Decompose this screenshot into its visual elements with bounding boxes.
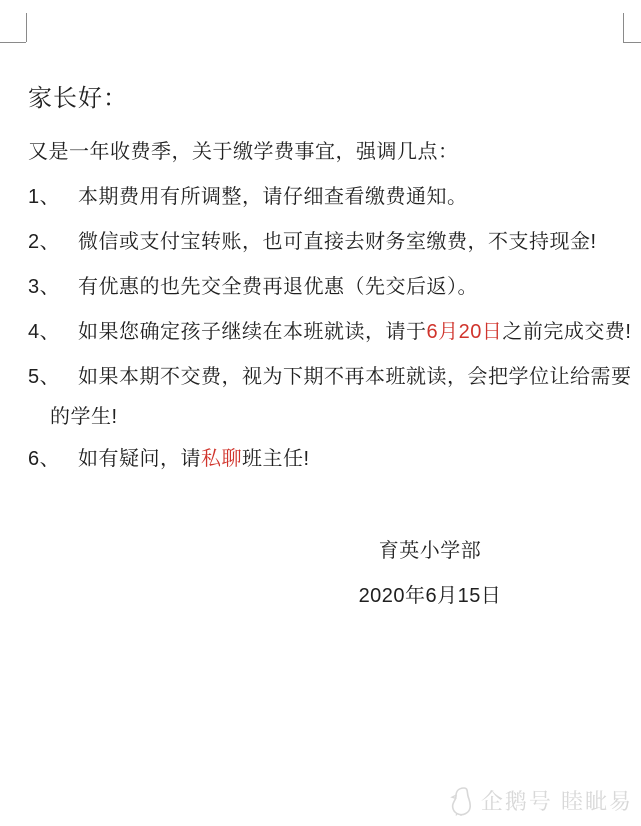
item-number: 2、 <box>28 231 78 253</box>
greeting: 家长好： <box>28 86 618 112</box>
highlight-deadline-date: 6月20日 <box>427 321 503 343</box>
signature-block: 育英小学部 2020年6月15日 <box>330 540 530 607</box>
item-text: 如有疑问，请私聊班主任! <box>78 448 310 470</box>
list-item-5-continuation: 的学生! <box>28 406 618 428</box>
crop-mark-top-right-horizontal <box>623 42 641 43</box>
item-text-prefix: 如果您确定孩子继续在本班就读，请于 <box>78 321 427 343</box>
list-item-1: 1、 本期费用有所调整，请仔细查看缴费通知。 <box>28 186 618 208</box>
crop-mark-top-right-vertical <box>623 13 624 42</box>
list-item-3: 3、 有优惠的也先交全费再退优惠（先交后返）。 <box>28 276 618 298</box>
item-number: 4、 <box>28 321 78 343</box>
list-item-5: 5、 如果本期不交费，视为下期不再本班就读，会把学位让给需要 <box>28 366 618 388</box>
item-text: 本期费用有所调整，请仔细查看缴费通知。 <box>78 186 468 208</box>
item-text-prefix: 如有疑问，请 <box>78 448 201 470</box>
document-page: 家长好： 又是一年收费季，关于缴学费事宜，强调几点： 1、 本期费用有所调整，请… <box>0 0 641 826</box>
item-number: 5、 <box>28 366 78 388</box>
item-number: 6、 <box>28 448 78 470</box>
item-number: 3、 <box>28 276 78 298</box>
item-text-suffix: 班主任! <box>242 448 310 470</box>
item-number: 1、 <box>28 186 78 208</box>
item-text: 有优惠的也先交全费再退优惠（先交后返）。 <box>78 276 478 298</box>
highlight-private-chat: 私聊 <box>201 448 242 470</box>
list-item-4: 4、 如果您确定孩子继续在本班就读，请于6月20日之前完成交费! <box>28 321 618 343</box>
intro-line: 又是一年收费季，关于缴学费事宜，强调几点： <box>28 141 618 163</box>
list-item-6: 6、 如有疑问，请私聊班主任! <box>28 448 618 470</box>
item-text: 如果本期不交费，视为下期不再本班就读，会把学位让给需要 <box>78 366 632 388</box>
crop-mark-top-left-vertical <box>26 13 27 42</box>
penguin-icon <box>448 786 474 816</box>
watermark-label: 企鹅号 睦眦易 <box>481 785 633 816</box>
notice-body: 家长好： 又是一年收费季，关于缴学费事宜，强调几点： 1、 本期费用有所调整，请… <box>28 86 618 607</box>
item-text: 如果您确定孩子继续在本班就读，请于6月20日之前完成交费! <box>78 321 631 343</box>
signature-name: 育英小学部 <box>330 540 530 562</box>
watermark: 企鹅号 睦眦易 <box>448 785 633 816</box>
item-text: 微信或支付宝转账，也可直接去财务室缴费，不支持现金! <box>78 231 597 253</box>
crop-mark-top-left-horizontal <box>0 42 26 43</box>
item-text-suffix: 之前完成交费! <box>502 321 631 343</box>
list-item-2: 2、 微信或支付宝转账，也可直接去财务室缴费，不支持现金! <box>28 231 618 253</box>
signature-date: 2020年6月15日 <box>330 585 530 607</box>
